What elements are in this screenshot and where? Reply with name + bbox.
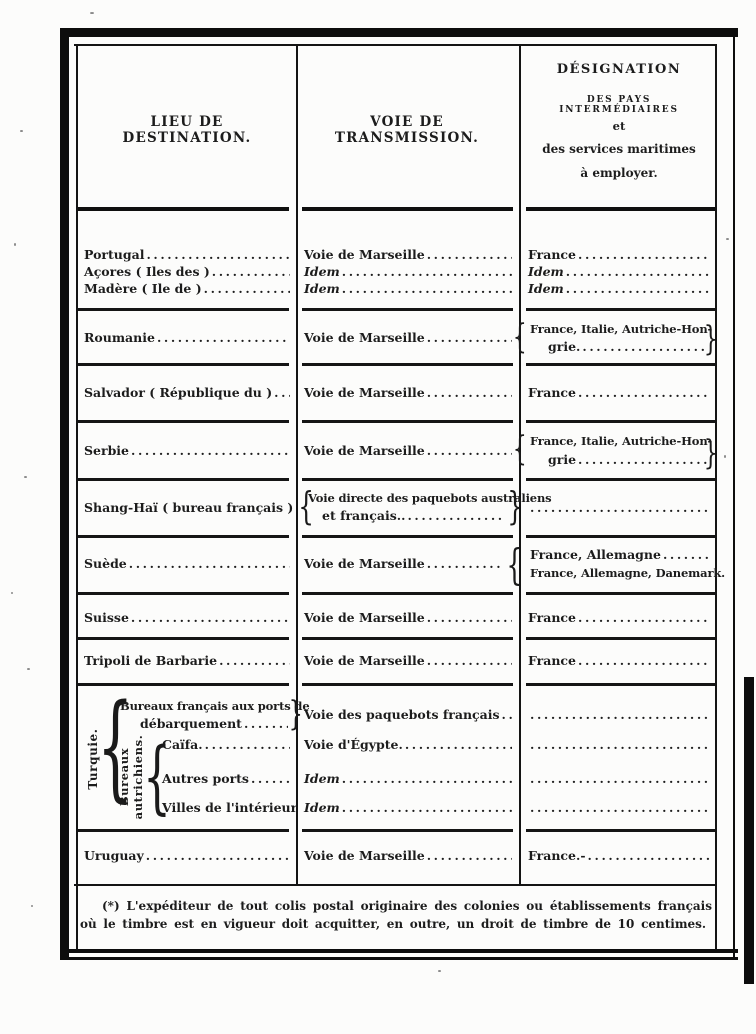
dot-leader [578,610,710,625]
dot-leader [129,556,290,571]
dot-leader [146,247,290,262]
row-serbie-destination: Serbie [84,443,290,458]
row-suede-pays-line1: France, Allemagne [530,547,708,562]
row-shanghai-pays-dots [528,500,710,515]
row-salvador-voie: Voie de Marseille [304,385,512,400]
turquie-item2-dest: Caïfa. [162,737,290,752]
dot-leader [146,848,290,863]
row-roumanie-voie: Voie de Marseille [304,330,512,345]
row-serbie-voie: Voie de Marseille [304,443,512,458]
dot-leader [530,707,710,722]
dot-leader [566,264,710,279]
row-shanghai-voie-line2: et français.. [322,508,504,523]
row-portugal-destination: Portugal [84,247,290,262]
left-brace: { [513,320,527,354]
header-designation-line1: DÉSIGNATION [528,62,710,77]
dot-leader [578,385,710,400]
row-suisse-pays: France [528,610,710,625]
row-divider [78,683,715,686]
dot-leader [131,443,290,458]
row-roumanie-pays-line1: France, Italie, Autriche-Hon- [530,322,708,337]
row-acores-pays: Idem [528,264,710,279]
turquie-item4-pays-dots [528,800,710,815]
turquie-item1-voie: Voie des paquebots français [304,707,512,722]
row-uruguay-destination: Uruguay [84,848,290,863]
row-madere-destination: Madère ( Ile de ) [84,281,290,296]
header-destination: LIEU DE DESTINATION. [84,114,290,146]
row-roumanie-pays-line2: grie. [548,339,708,354]
row-divider [78,592,715,595]
row-portugal-voie: Voie de Marseille [304,247,512,262]
row-divider [78,420,715,423]
inner-border-left [76,44,78,950]
inner-border-top [74,44,717,46]
dot-leader [342,264,512,279]
turquie-item2-voie: Voie d'Égypte. [304,737,512,752]
turquie-item1-pays-dots [528,707,710,722]
row-divider [78,829,715,832]
row-divider [78,637,715,640]
right-brace: } [704,436,718,470]
dot-leader [405,737,512,752]
row-madere-pays: Idem [528,281,710,296]
dot-leader [427,556,502,571]
dot-leader [274,385,290,400]
row-acores-destination: Açores ( Iles des ) [84,264,290,279]
row-uruguay-voie: Voie de Marseille [304,848,512,863]
row-divider [78,535,715,538]
right-brace: } [507,487,523,525]
dot-leader [663,547,708,562]
row-divider [78,308,715,311]
column-divider-1 [296,44,298,885]
turquie-item1-dest-line2: débarquement [140,716,288,731]
row-serbie-pays-line1: France, Italie, Autriche-Hon- [530,434,708,449]
dot-leader [342,771,512,786]
turquie-item3-voie: Idem [304,771,512,786]
dot-leader [212,264,290,279]
dot-leader [502,707,512,722]
left-brace: { [298,487,314,525]
table-border-top [60,28,738,37]
dot-leader [530,500,710,515]
row-suede-pays-line2: France, Allemagne, Danemark. [530,566,708,581]
row-acores-voie: Idem [304,264,512,279]
dot-leader [427,247,512,262]
turquie-item3-pays-dots [528,771,710,786]
dot-leader [427,443,512,458]
header-separator [78,207,715,211]
row-suede-voie: Voie de Marseille [304,556,502,571]
dot-leader [566,281,710,296]
dot-leader [219,653,290,668]
row-serbie-pays-line2: grie [548,452,708,467]
dot-leader [578,452,708,467]
dot-leader [251,771,290,786]
dot-leader [407,508,504,523]
table-border-bottom-inner [60,957,738,960]
dot-leader [427,385,512,400]
bureaux-autrichiens-label-1: Bureaux [117,737,131,817]
dot-leader [582,339,708,354]
dot-leader [530,737,710,752]
turquie-item4-dest: Villes de l'intérieur [162,800,290,815]
row-salvador-destination: Salvador ( République du ) [84,385,290,400]
dot-leader [588,848,710,863]
row-tripoli-voie: Voie de Marseille [304,653,512,668]
dot-leader [578,247,710,262]
inner-border-right [715,44,717,950]
header-designation-line2: DES PAYS INTERMÉDIAIRES [528,95,710,115]
row-tripoli-pays: France [528,653,710,668]
footnote-text: (*) L'expéditeur de tout colis postal or… [80,898,712,933]
dot-leader [244,716,288,731]
left-brace: { [513,432,527,466]
header-transmission: VOIE DE TRANSMISSION. [302,114,512,146]
table-border-right-outer [733,30,735,959]
dot-leader [131,610,290,625]
dot-leader [578,653,710,668]
scan-artifact-strip [744,677,754,984]
turquie-item3-dest: Autres ports [162,771,290,786]
dot-leader [204,281,290,296]
dot-leader [530,771,710,786]
footnote-separator [74,884,717,886]
right-brace: } [289,697,303,731]
row-shanghai-destination: Shang-Haï ( bureau français ) [84,500,290,515]
dot-leader [157,330,290,345]
table-border-left [60,28,69,959]
dot-leader [205,737,290,752]
turquie-item2-pays-dots [528,737,710,752]
row-suisse-voie: Voie de Marseille [304,610,512,625]
header-designation-line3: et [528,119,710,133]
dot-leader [427,848,512,863]
dot-leader [427,330,512,345]
row-salvador-pays: France [528,385,710,400]
row-portugal-pays: France [528,247,710,262]
dot-leader [427,610,512,625]
row-suisse-destination: Suisse [84,610,290,625]
scanned-page: LIEU DE DESTINATION. VOIE DE TRANSMISSIO… [0,0,756,1034]
row-suede-destination: Suède [84,556,290,571]
turquie-item4-voie: Idem [304,800,512,815]
dot-leader [530,800,710,815]
row-madere-voie: Idem [304,281,512,296]
turquie-item1-dest-line1: Bureaux français aux ports de [120,699,292,714]
header-designation-line5: à employer. [528,166,710,180]
right-brace: } [704,322,718,356]
header-designation-line4: des services maritimes [528,142,710,156]
row-shanghai-voie-line1: Voie directe des paquebots australiens [308,491,508,506]
row-divider [78,363,715,366]
row-roumanie-destination: Roumanie [84,330,290,345]
table-border-bottom [60,949,738,953]
row-uruguay-pays: France.- [528,848,710,863]
left-brace: { [506,544,522,586]
dot-leader [427,653,512,668]
row-tripoli-destination: Tripoli de Barbarie [84,653,290,668]
row-divider [78,478,715,481]
dot-leader [342,800,512,815]
dot-leader [342,281,512,296]
